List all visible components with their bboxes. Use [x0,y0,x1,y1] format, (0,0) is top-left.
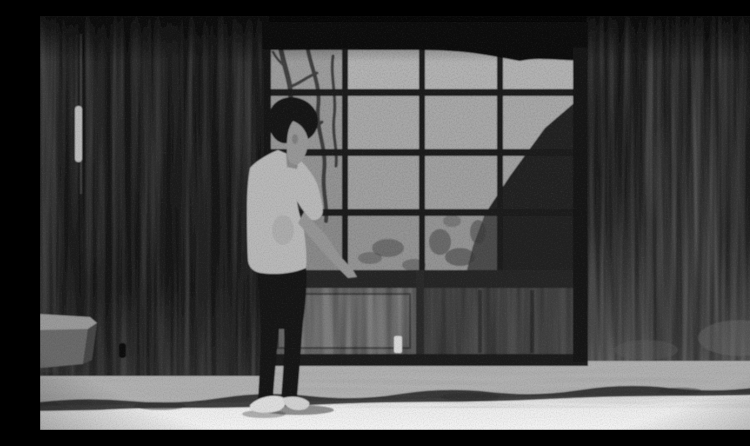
film-grain-dark [40,16,750,430]
photo-canvas [40,16,750,430]
photograph [40,16,750,430]
